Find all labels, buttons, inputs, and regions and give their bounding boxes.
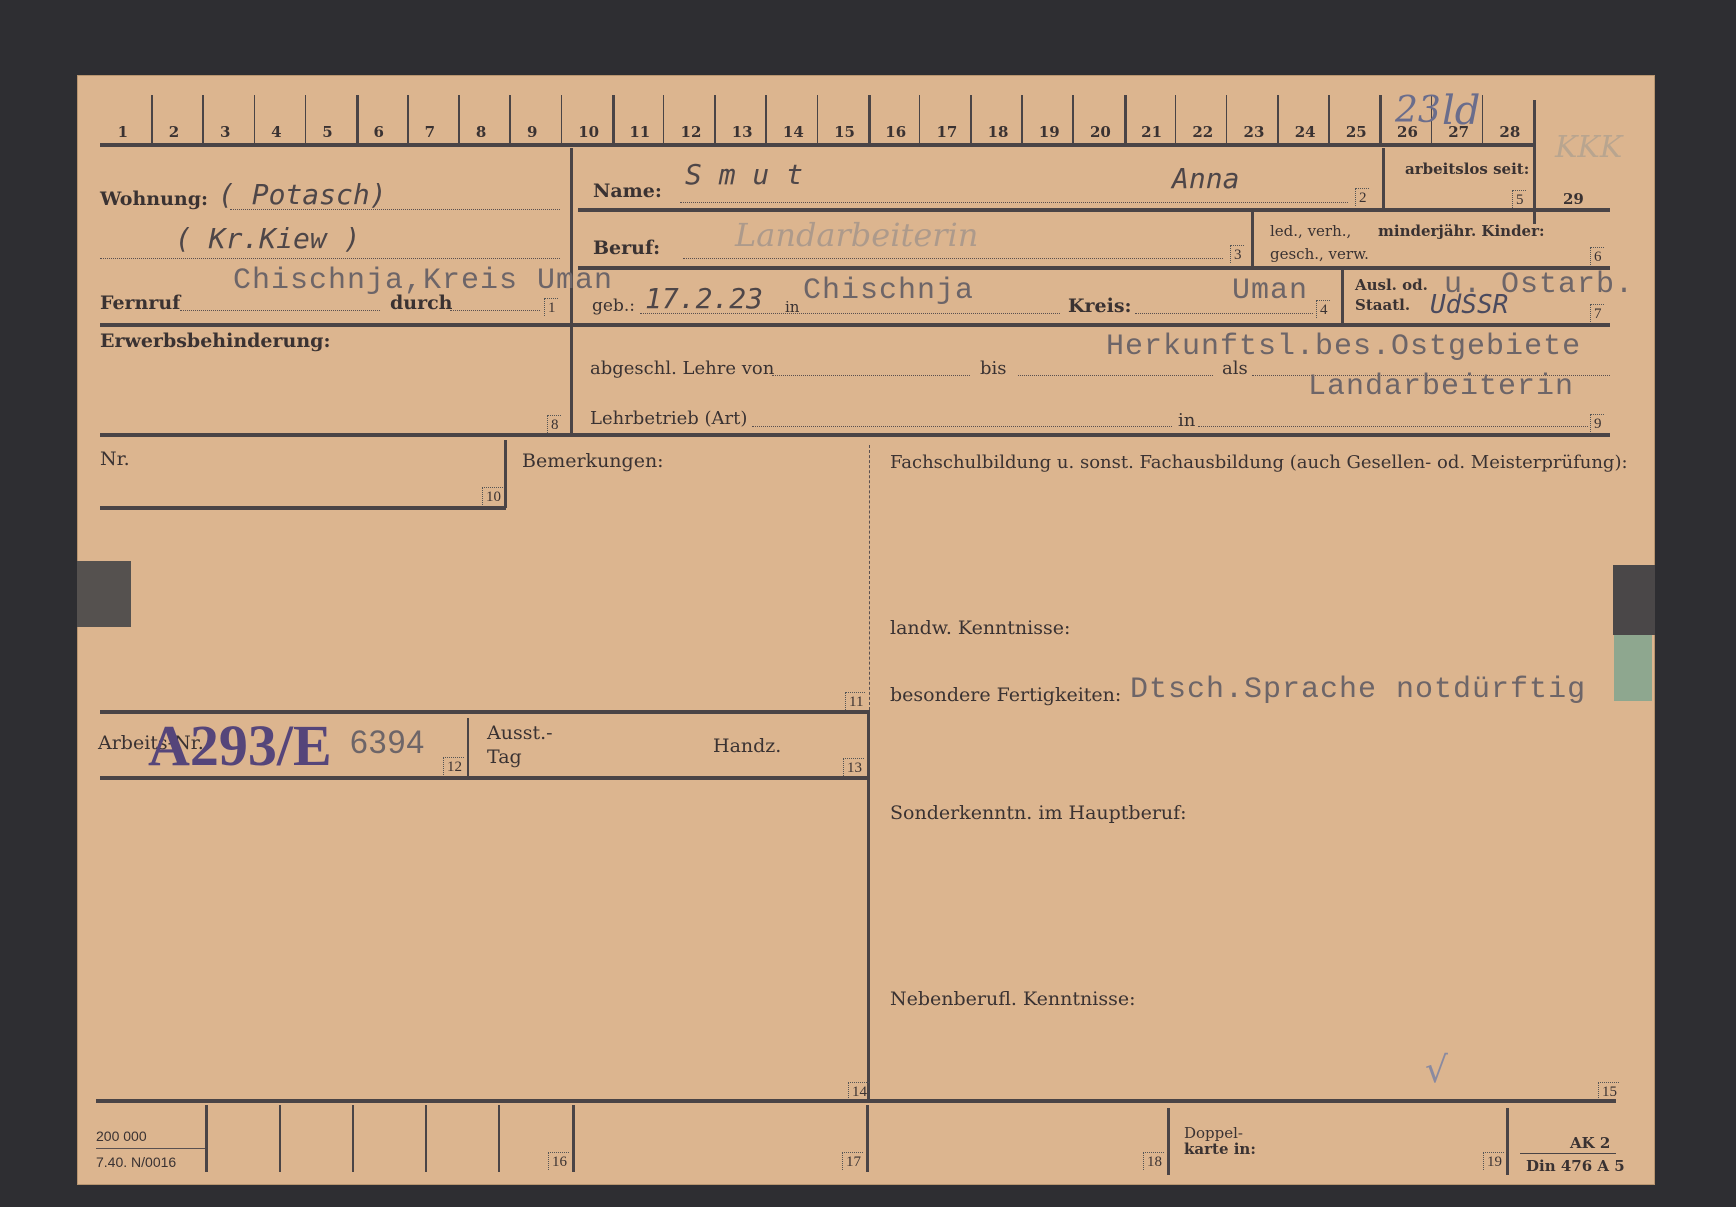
ruler-tick: [561, 95, 563, 145]
ruler-number-18: 18: [988, 123, 1009, 141]
ruler-number-17: 17: [936, 123, 957, 141]
field-number-19: 19: [1483, 1152, 1504, 1170]
geb-place: Chischnja: [803, 274, 974, 308]
footer-divider-1: [205, 1105, 208, 1172]
ruler-tick: [407, 95, 409, 145]
ruler-tick: [1175, 95, 1177, 145]
din-code: Din 476 A 5: [1526, 1157, 1625, 1175]
ruler-tick: [1124, 95, 1127, 145]
footer-divider-2: [572, 1105, 575, 1172]
ruler-number-14: 14: [783, 123, 804, 141]
footer-col-1: [279, 1105, 281, 1172]
nr-right-divider: [504, 440, 507, 508]
neben-label: Nebenberufl. Kenntnisse:: [890, 988, 1136, 1010]
ruler-tick: [1379, 95, 1382, 145]
row-divider-kinder: [1384, 208, 1610, 212]
field-number-17: 17: [842, 1152, 863, 1170]
lehre-als-label: als: [1222, 358, 1248, 379]
ruler-tick: [509, 95, 511, 145]
ruler-number-5: 5: [322, 123, 332, 141]
fernruf-dotted-line: [180, 310, 380, 311]
footer-divider-3: [866, 1105, 869, 1172]
field-number-14: 14: [848, 1082, 869, 1100]
footer-divider-5: [1506, 1108, 1509, 1175]
field-number-4: 4: [1316, 300, 1330, 318]
ruler-tick: [1277, 95, 1279, 145]
ruler-tick: [919, 95, 921, 145]
ruler-tick: [1072, 95, 1074, 145]
durch-label: durch: [390, 292, 453, 314]
durch-dotted-line: [450, 310, 540, 311]
ruler-number-7: 7: [425, 123, 435, 141]
footer-divider-4: [1167, 1108, 1170, 1175]
field-number-13: 13: [843, 758, 864, 776]
ruler-number-13: 13: [732, 123, 753, 141]
ruler-number-2: 2: [169, 123, 179, 141]
wohnung-label: Wohnung:: [100, 188, 208, 210]
ruler-tick: [1226, 95, 1228, 145]
faded-corner-stamp: KKK: [1555, 130, 1622, 165]
landw-label: landw. Kenntnisse:: [890, 617, 1070, 639]
ruler-tick: [765, 95, 767, 145]
ruler-number-19: 19: [1039, 123, 1060, 141]
ruler-tick: [1482, 95, 1484, 145]
lehrbetrieb-label: Lehrbetrieb (Art): [590, 408, 747, 429]
geb-date: 17.2.23: [645, 282, 763, 315]
field-number-7: 7: [1590, 304, 1604, 322]
ruler-tick: [817, 95, 819, 145]
field-number-3: 3: [1230, 245, 1244, 263]
arbeitsnr-typed: 6394: [350, 724, 425, 761]
ruler-number-3: 3: [220, 123, 230, 141]
staat-label-1: Ausl. od.: [1355, 276, 1428, 294]
beruf-handwritten-value: Landarbeiterin: [735, 216, 978, 254]
fachschul-dashed-divider: [869, 445, 870, 710]
ruler-bottom-line: [100, 143, 1536, 147]
footer-top-line: [96, 1099, 1616, 1103]
form-code: AK 2: [1570, 1134, 1610, 1152]
row-divider-beruf: [578, 208, 1384, 212]
ruler-tick: [458, 95, 460, 145]
lehre-von-dotted: [772, 375, 970, 376]
field-number-9: 9: [1590, 414, 1604, 432]
ausst-divider: [467, 718, 469, 778]
field-number-18: 18: [1143, 1152, 1164, 1170]
field-number-12: 12: [443, 757, 464, 775]
geb-dotted-line: [640, 313, 1060, 314]
lower-middle-divider: [867, 712, 870, 1102]
ausst-label-2: Tag: [487, 746, 522, 768]
arbeitsnr-bottom-line: [100, 776, 870, 780]
footer-col-4: [498, 1105, 500, 1172]
arbeitsnr-stamp: A293/E: [148, 712, 332, 779]
kreis-dotted-line: [1135, 313, 1313, 314]
right-index-tab: [1613, 565, 1655, 635]
ruler-tick: [254, 95, 256, 145]
ausst-label-1: Ausst.-: [487, 722, 553, 744]
lehre-bis-dotted: [1018, 375, 1213, 376]
handwritten-ld: ld: [1442, 88, 1480, 134]
ruler-tick: [151, 95, 153, 145]
ruler-number-11: 11: [629, 123, 650, 141]
field-number-2: 2: [1355, 188, 1369, 206]
print-run: 200 000: [96, 1128, 147, 1144]
field-number-1: 1: [544, 298, 558, 316]
ruler-tick: [970, 95, 972, 145]
name-dotted-line: [680, 202, 1348, 203]
beruf-label: Beruf:: [593, 237, 660, 259]
ruler-number-4: 4: [271, 123, 281, 141]
fertigkeiten-label: besondere Fertigkeiten:: [890, 684, 1121, 706]
staat-stamp-value: UdSSR: [1430, 290, 1508, 320]
nr-label: Nr.: [100, 448, 130, 470]
erwerb-label: Erwerbsbehinderung:: [100, 330, 330, 352]
ruler-number-20: 20: [1090, 123, 1111, 141]
ruler-number-15: 15: [834, 123, 855, 141]
geb-label: geb.:: [592, 296, 635, 316]
beruf-dotted-line: [683, 258, 1223, 259]
ruler-number-16: 16: [885, 123, 906, 141]
footer-col-3: [425, 1105, 427, 1172]
arbeitslos-label: arbeitslos seit:: [1405, 160, 1529, 178]
field-number-15: 15: [1598, 1082, 1619, 1100]
bemerkungen-label: Bemerkungen:: [522, 450, 664, 472]
name-right-divider: [1382, 148, 1385, 210]
left-index-tab: [77, 561, 131, 627]
lehrbetrieb-in-label: in: [1178, 410, 1195, 431]
lehre-label: abgeschl. Lehre von: [590, 358, 774, 379]
wohnung-line1: ( Potasch): [218, 178, 387, 211]
lehrbetrieb-in-dotted: [1198, 426, 1588, 427]
ruler-tick: [202, 95, 204, 145]
name-label: Name:: [593, 180, 662, 202]
footer-col-2: [352, 1105, 354, 1172]
ruler-number-23: 23: [1244, 123, 1265, 141]
ruler-number-1: 1: [118, 123, 128, 141]
ruler-number-28: 28: [1499, 123, 1520, 141]
wohnung-line2: ( Kr.Kiew ): [175, 222, 360, 255]
ruler-number-24: 24: [1295, 123, 1316, 141]
print-code: 7.40. N/0016: [96, 1154, 176, 1170]
fachschul-label: Fachschulbildung u. sonst. Fachausbildun…: [890, 452, 1628, 473]
familienstand-divider: [1251, 212, 1254, 268]
staat-label-2: Staatl.: [1355, 296, 1410, 314]
field-number-6: 6: [1590, 247, 1604, 265]
ruler-number-22: 22: [1192, 123, 1213, 141]
field-number-11: 11: [845, 692, 865, 710]
handwritten-23: 23: [1395, 90, 1441, 131]
field-number-29: 29: [1563, 190, 1584, 208]
lehre-typed-line2: Landarbeiterin: [1308, 370, 1574, 404]
ruler-tick: [868, 95, 871, 145]
ruler-tick: [356, 95, 359, 145]
doppel-label-2: karte in:: [1184, 1140, 1256, 1158]
wohnung-dotted-line-2: [100, 258, 560, 259]
field-number-16: 16: [548, 1152, 569, 1170]
field-number-8: 8: [547, 415, 561, 433]
lehre-bis-label: bis: [980, 358, 1007, 379]
ruler-tick: [305, 95, 307, 145]
kinder-label: minderjähr. Kinder:: [1378, 222, 1545, 240]
row-divider-lehre: [100, 433, 1610, 437]
nr-bottom-line: [100, 506, 506, 510]
fernruf-label: Fernruf: [100, 292, 180, 314]
ruler-number-12: 12: [681, 123, 702, 141]
green-stamp-mark: [1614, 635, 1652, 701]
form-code-divider: [1520, 1153, 1616, 1154]
ruler-tick: [612, 95, 615, 145]
check-mark: √: [1425, 1050, 1448, 1091]
ruler-number-25: 25: [1346, 123, 1367, 141]
ruler-number-6: 6: [373, 123, 383, 141]
lehre-typed-line1: Herkunftsl.bes.Ostgebiete: [1106, 330, 1581, 364]
lehrbetrieb-dotted: [752, 426, 1172, 427]
kreis-label: Kreis:: [1068, 295, 1132, 317]
staat-divider: [1341, 270, 1344, 323]
ruler-tick: [714, 95, 716, 145]
fertigkeiten-value: Dtsch.Sprache notdürftig: [1130, 673, 1586, 707]
handz-label: Handz.: [713, 735, 781, 757]
field-number-10: 10: [482, 487, 503, 505]
ruler-number-8: 8: [476, 123, 486, 141]
sonder-label: Sonderkenntn. im Hauptberuf:: [890, 802, 1187, 824]
ruler-number-9: 9: [527, 123, 537, 141]
print-run-divider: [96, 1148, 206, 1149]
familienstand-label-2: gesch., verw.: [1270, 245, 1369, 263]
ruler-tick: [1021, 95, 1023, 145]
name-firstname: Anna: [1172, 162, 1239, 195]
row-divider-geb: [100, 323, 1610, 327]
col28-divider: [1533, 100, 1536, 224]
wohnung-dotted-line: [230, 209, 560, 210]
ruler-number-21: 21: [1141, 123, 1162, 141]
ruler-number-10: 10: [578, 123, 599, 141]
ruler-tick: [663, 95, 665, 145]
ruler-tick: [1328, 95, 1330, 145]
kreis-value: Uman: [1232, 274, 1308, 308]
field-number-5: 5: [1512, 190, 1526, 208]
name-surname: S m u t: [685, 158, 803, 191]
familienstand-label-1: led., verh.,: [1270, 222, 1351, 240]
